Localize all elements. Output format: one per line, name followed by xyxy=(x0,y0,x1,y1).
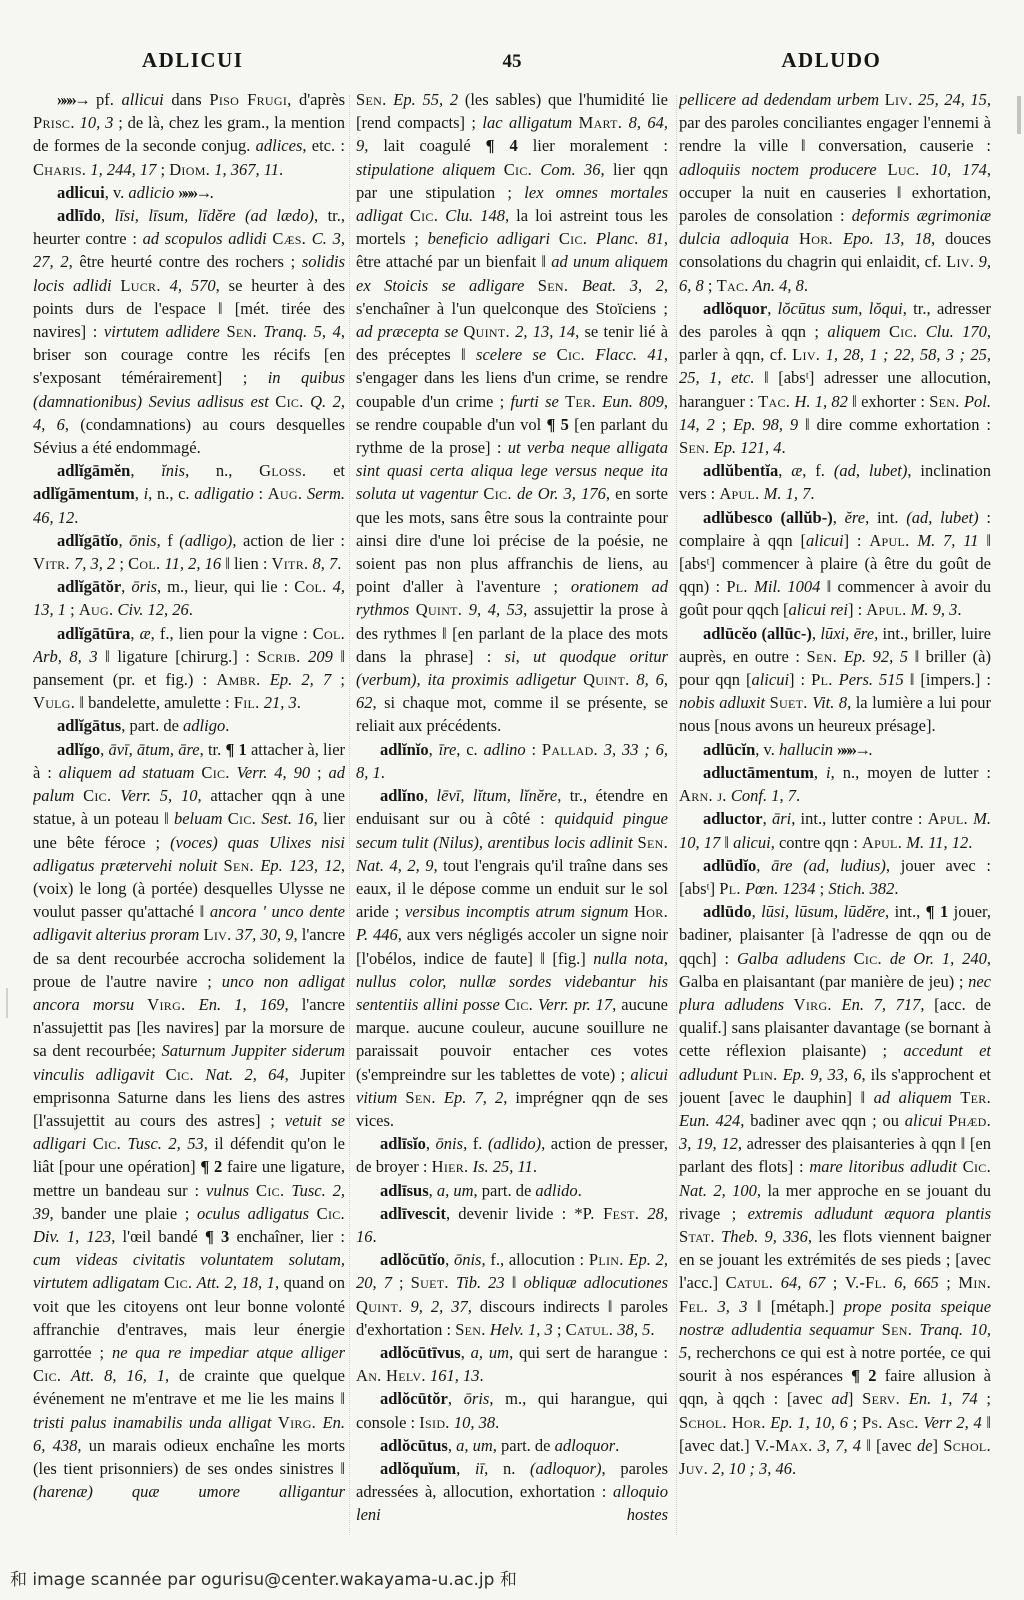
dictionary-entry: adlĭno, lēvī, lĭtum, lĭnĕre, tr., étendr… xyxy=(356,784,668,1132)
dictionary-entry: adlŏquĭum, iī, n. (adloquor), paroles ad… xyxy=(356,1457,668,1527)
dictionary-entry: adlĭgātūra, æ, f., lien pour la vigne : … xyxy=(33,622,345,715)
text-column-3: pellicere ad dedendam urbem Liv. 25, 24,… xyxy=(679,88,991,1550)
dictionary-entry: adlūcĕo (allūc-), lūxi, ēre, int., brill… xyxy=(679,622,991,738)
text-column-1: »»»→ pf. allicui dans Piso Frugi, d'aprè… xyxy=(33,88,345,1550)
header-keyword-left: ADLICUI xyxy=(33,48,352,73)
dictionary-page: ADLICUI 45 ADLUDO »»»→ pf. allicui dans … xyxy=(0,0,1024,1600)
dictionary-entry: adlīvescit, devenir livide : *P. Fest. 2… xyxy=(356,1202,668,1248)
scan-artifact xyxy=(1017,96,1021,134)
dictionary-entry: adlicui, v. adlicio »»»→. xyxy=(33,181,345,204)
column-separator-artifact xyxy=(349,95,350,1535)
dictionary-entry: adlīdo, līsi, līsum, līdĕre (ad lædo), t… xyxy=(33,204,345,459)
dictionary-entry: adlĭgātĭo, ōnis, f (adligo), action de l… xyxy=(33,529,345,575)
dictionary-entry: adlŏcūtīvus, a, um, qui sert de harangue… xyxy=(356,1341,668,1387)
dictionary-entry: adlĭnĭo, īre, c. adlino : Pallad. 3, 33 … xyxy=(356,738,668,784)
page-number: 45 xyxy=(352,51,671,73)
dictionary-entry: adlŏcūtŏr, ōris, m., qui harangue, qui c… xyxy=(356,1387,668,1433)
page-header: ADLICUI 45 ADLUDO xyxy=(33,48,991,73)
dictionary-entry: adlīsĭo, ōnis, f. (adlido), action de pr… xyxy=(356,1132,668,1178)
dictionary-entry: pellicere ad dedendam urbem Liv. 25, 24,… xyxy=(679,88,991,297)
dictionary-entry: adlĭgāmĕn, ĭnis, n., Gloss. et adlĭgāmen… xyxy=(33,459,345,529)
dictionary-entry: adlĭgātus, part. de adligo. xyxy=(33,714,345,737)
dictionary-entry: adlŭbesco (allŭb-), ĕre, int. (ad, lubet… xyxy=(679,506,991,622)
dictionary-entry: adlŏcūtĭo, ōnis, f., allocution : Plin. … xyxy=(356,1248,668,1341)
dictionary-entry: adlūcĭn, v. hallucin »»»→. xyxy=(679,738,991,761)
dictionary-entry: adlŭbentĭa, æ, f. (ad, lubet), inclinati… xyxy=(679,459,991,505)
continuation-arrow-icon: »»»→ xyxy=(178,183,209,202)
text-columns: »»»→ pf. allicui dans Piso Frugi, d'aprè… xyxy=(33,88,991,1550)
dictionary-entry: »»»→ pf. allicui dans Piso Frugi, d'aprè… xyxy=(33,88,345,181)
dictionary-entry: adluctāmentum, i, n., moyen de lutter : … xyxy=(679,761,991,807)
dictionary-entry: adlīsus, a, um, part. de adlido. xyxy=(356,1179,668,1202)
dictionary-entry: adlĭgātŏr, ōris, m., lieur, qui lie : Co… xyxy=(33,575,345,621)
dictionary-entry: Sen. Ep. 55, 2 (les sables) que l'humidi… xyxy=(356,88,668,738)
continuation-arrow-icon: »»»→ xyxy=(57,90,88,109)
dictionary-entry: adlŏquor, lŏcūtus sum, lŏqui, tr., adres… xyxy=(679,297,991,459)
dictionary-entry: adlŏcūtus, a, um, part. de adloquor. xyxy=(356,1434,668,1457)
header-keyword-right: ADLUDO xyxy=(672,48,991,73)
column-separator-artifact xyxy=(676,95,677,1535)
continuation-arrow-icon: »»»→ xyxy=(837,740,868,759)
dictionary-entry: adluctor, āri, int., lutter contre : Apu… xyxy=(679,807,991,853)
scan-artifact xyxy=(6,988,8,1018)
dictionary-entry: adlĭgo, āvī, ātum, āre, tr. ¶ 1 attacher… xyxy=(33,738,345,1504)
scan-credit: 和 image scannée par ogurisu@center.wakay… xyxy=(10,1565,517,1590)
dictionary-entry: adlūdĭo, āre (ad, ludius), jouer avec : … xyxy=(679,854,991,900)
text-column-2: Sen. Ep. 55, 2 (les sables) que l'humidi… xyxy=(356,88,668,1550)
dictionary-entry: adlūdo, lūsi, lūsum, lūdĕre, int., ¶ 1 j… xyxy=(679,900,991,1480)
